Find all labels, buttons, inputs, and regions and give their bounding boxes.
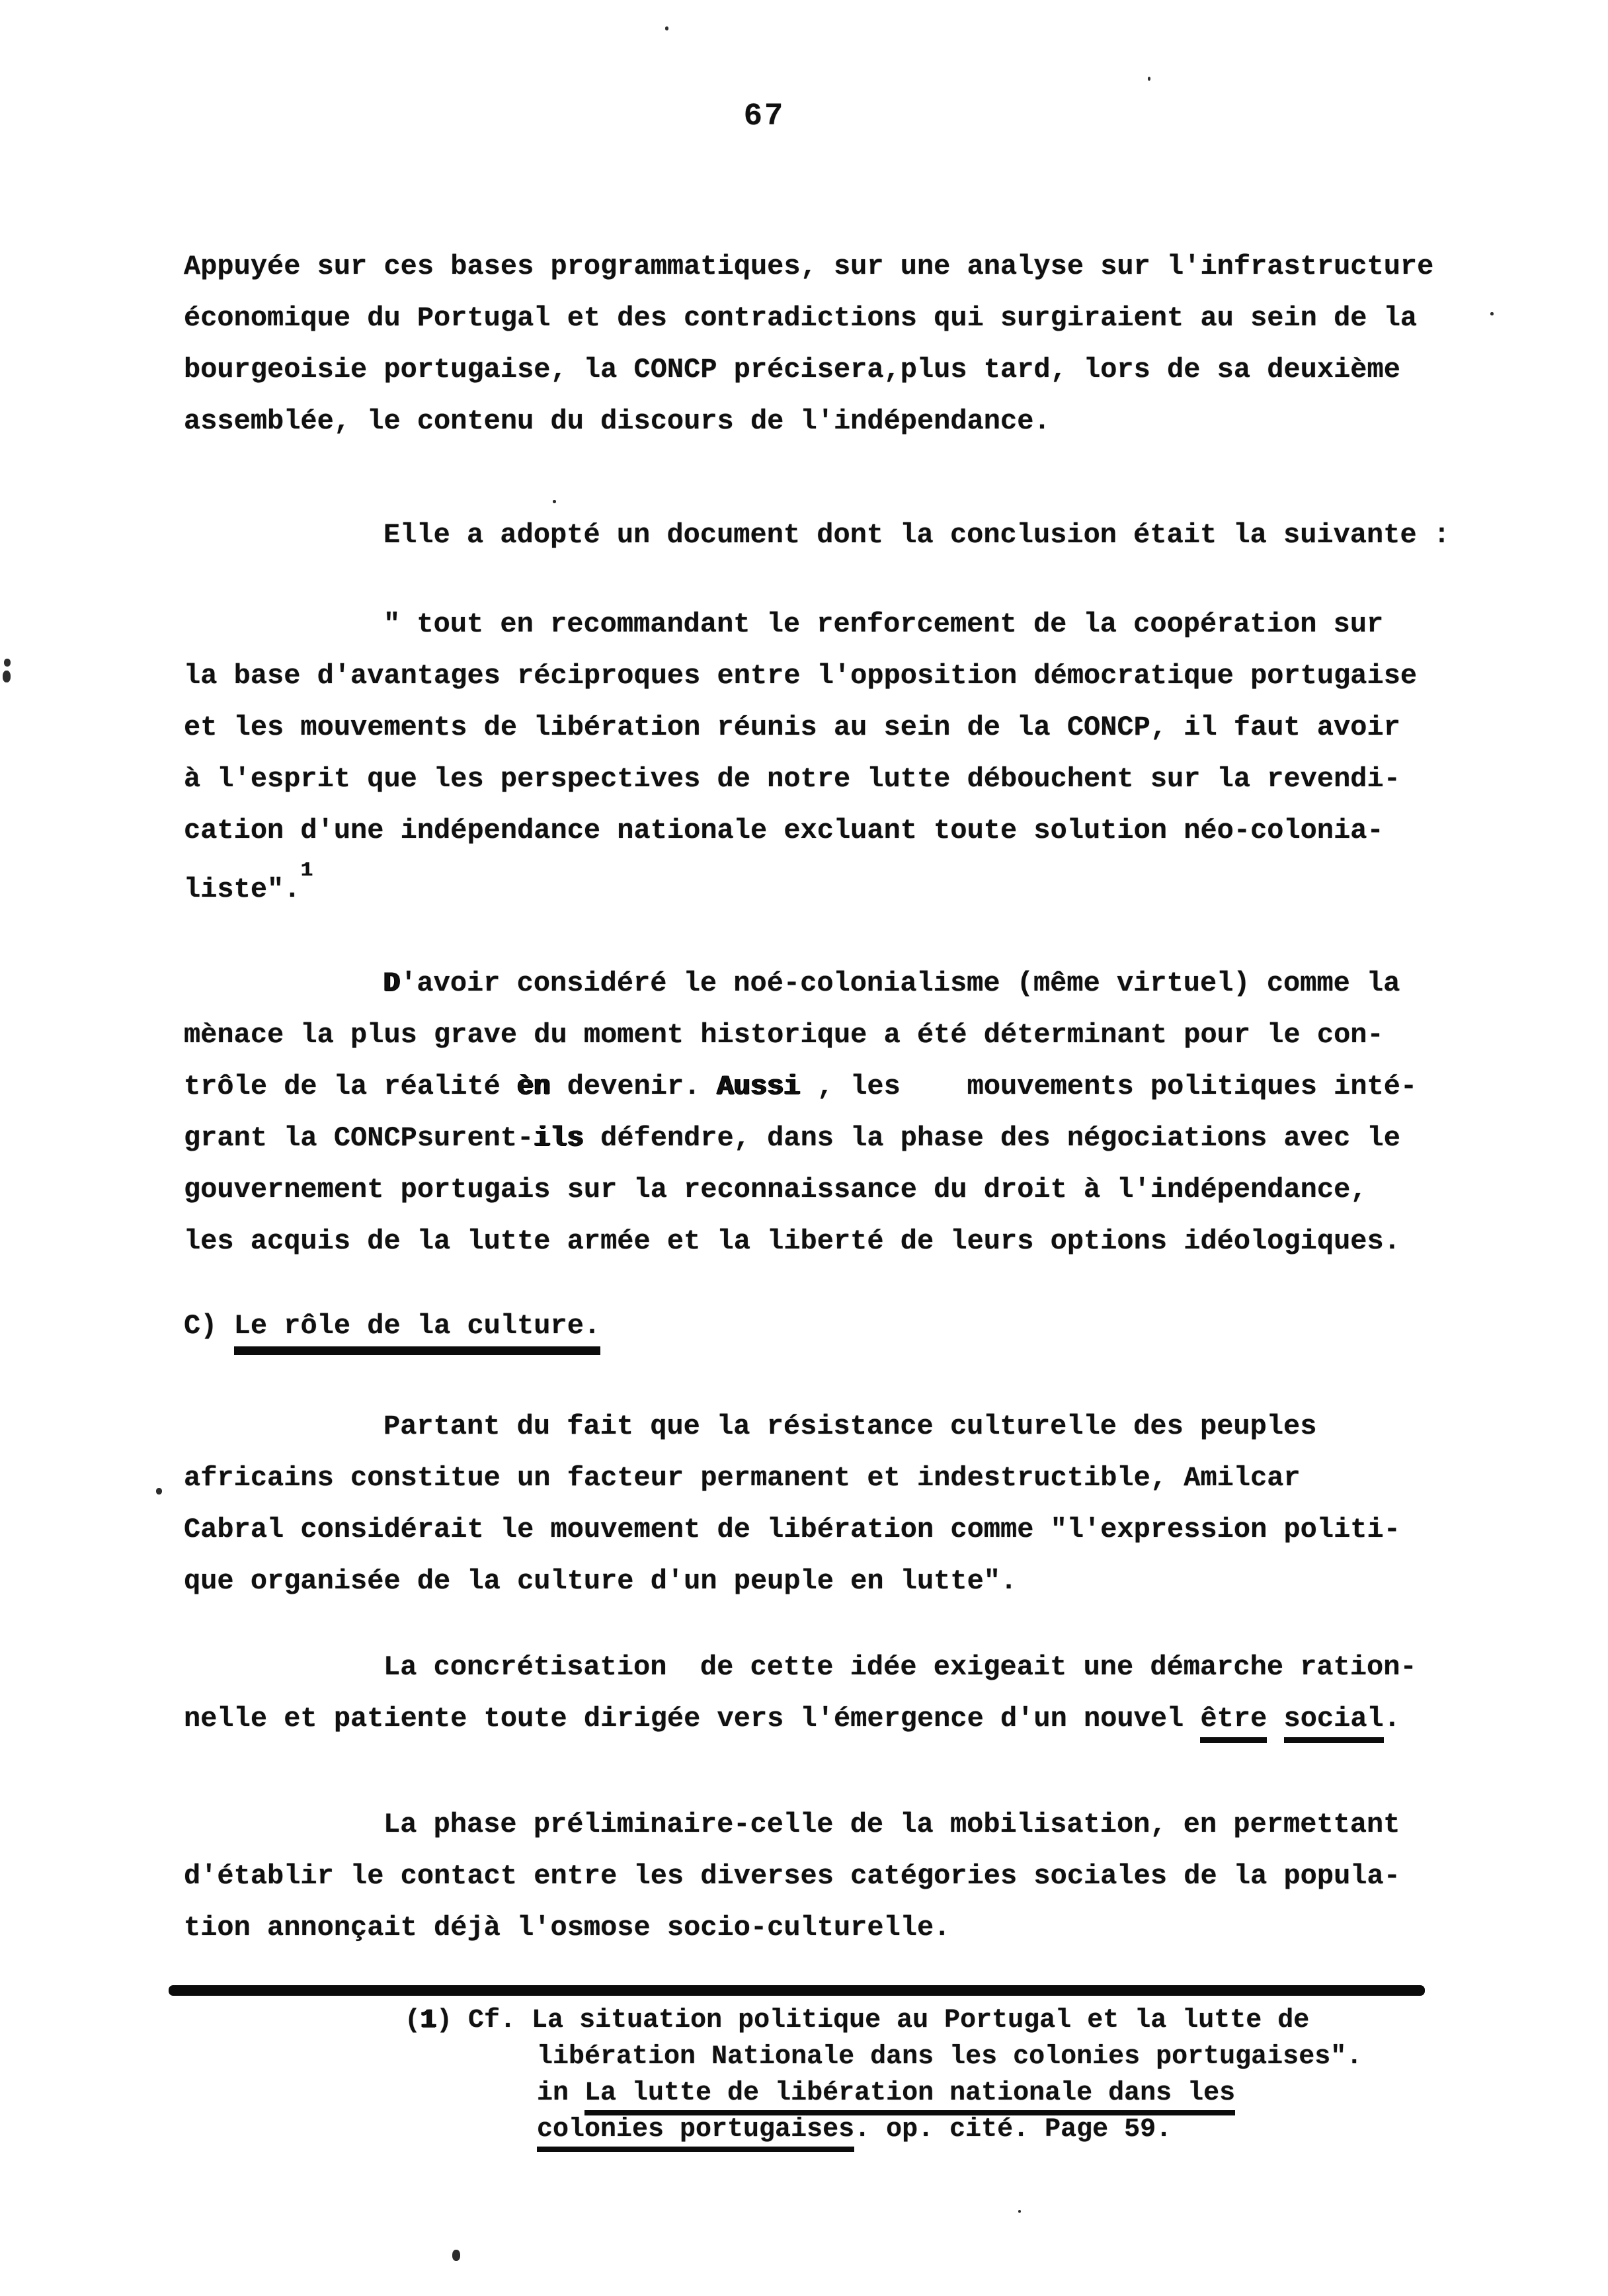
scan-speck	[156, 1488, 162, 1495]
text-line: La concrétisation de cette idée exigeait…	[184, 1641, 1417, 1693]
paragraph-1: Appuyée sur ces bases programmatiques, s…	[184, 241, 1433, 447]
text-line: que organisée de la culture d'un peuple …	[184, 1555, 1400, 1607]
scan-speck	[1148, 77, 1150, 81]
paragraph-6: La concrétisation de cette idée exigeait…	[184, 1641, 1417, 1744]
scan-speck	[1018, 2210, 1021, 2213]
scan-speck	[3, 671, 11, 682]
text-line: la base d'avantages réciproques entre l'…	[184, 650, 1417, 702]
text-line: et les mouvements de libération réunis a…	[184, 702, 1417, 753]
text-line: économique du Portugal et des contradict…	[184, 292, 1433, 344]
text-line: D'avoir considéré le noé-colonialisme (m…	[184, 958, 1417, 1009]
paragraph-4: D'avoir considéré le noé-colonialisme (m…	[184, 958, 1417, 1267]
text-line: Elle a adopté un document dont la conclu…	[184, 509, 1450, 561]
text-line: " tout en recommandant le renforcement d…	[184, 598, 1417, 650]
text-line: nelle et patiente toute dirigée vers l'é…	[184, 1693, 1417, 1744]
page-number: 67	[0, 99, 1529, 134]
footnote-1: (1) Cf. La situation politique au Portug…	[405, 2002, 1362, 2148]
text-line: La phase préliminaire-celle de la mobili…	[184, 1799, 1400, 1850]
document-page: 67 Appuyée sur ces bases programmatiques…	[0, 0, 1608, 2296]
text-line: cation d'une indépendance nationale excl…	[184, 805, 1417, 856]
text-line: assemblée, le contenu du discours de l'i…	[184, 395, 1433, 447]
text-line: Appuyée sur ces bases programmatiques, s…	[184, 241, 1433, 292]
text-line: d'établir le contact entre les diverses …	[184, 1850, 1400, 1902]
paragraph-7: La phase préliminaire-celle de la mobili…	[184, 1799, 1400, 1953]
text-line: liste".1	[184, 856, 1417, 915]
text-line: colonies portugaises. op. cité. Page 59.	[405, 2111, 1362, 2148]
text-line: tion annonçait déjà l'osmose socio-cultu…	[184, 1902, 1400, 1953]
scan-speck	[665, 26, 668, 30]
scan-speck	[452, 2250, 460, 2261]
scan-speck	[1490, 312, 1494, 315]
text-line: trôle de la réalité èn devenir. Aussi , …	[184, 1061, 1417, 1112]
paragraph-2: Elle a adopté un document dont la conclu…	[184, 509, 1450, 561]
text-line: africains constitue un facteur permanent…	[184, 1452, 1400, 1504]
text-line: (1) Cf. La situation politique au Portug…	[405, 2002, 1362, 2039]
footnote-ref: 1	[300, 860, 312, 882]
text-line: libération Nationale dans les colonies p…	[405, 2039, 1362, 2075]
text-line: C) Le rôle de la culture.	[184, 1300, 600, 1352]
paragraph-3-quote: " tout en recommandant le renforcement d…	[184, 598, 1417, 915]
text-line: bourgeoisie portugaise, la CONCP précise…	[184, 344, 1433, 395]
text-line: mènace la plus grave du moment historiqu…	[184, 1009, 1417, 1061]
text-line: Cabral considérait le mouvement de libér…	[184, 1504, 1400, 1555]
text-line: à l'esprit que les perspectives de notre…	[184, 753, 1417, 805]
section-heading-c: C) Le rôle de la culture.	[184, 1300, 600, 1352]
text-line: grant la CONCPsurent-ils défendre, dans …	[184, 1112, 1417, 1164]
paragraph-5: Partant du fait que la résistance cultur…	[184, 1401, 1400, 1607]
text-line: Partant du fait que la résistance cultur…	[184, 1401, 1400, 1452]
scan-speck	[553, 500, 556, 503]
text-line: in La lutte de libération nationale dans…	[405, 2075, 1362, 2111]
footnote-separator	[169, 1985, 1425, 1996]
scan-speck	[4, 659, 11, 667]
text-line: les acquis de la lutte armée et la liber…	[184, 1215, 1417, 1267]
text-line: gouvernement portugais sur la reconnaiss…	[184, 1164, 1417, 1215]
